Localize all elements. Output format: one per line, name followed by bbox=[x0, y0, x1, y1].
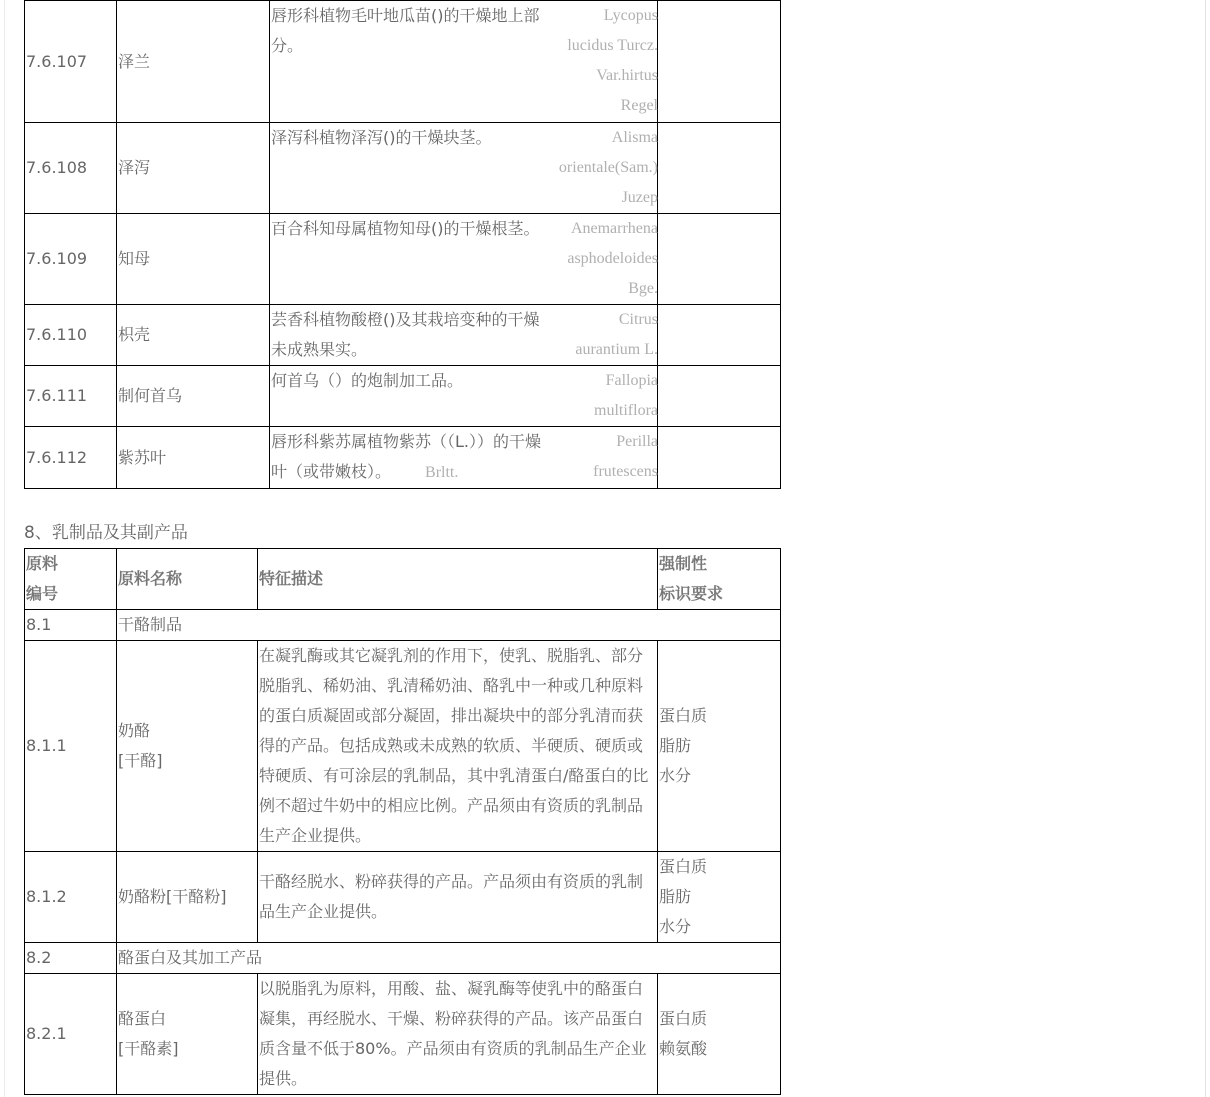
latin-name: Perillafrutescens bbox=[546, 427, 658, 487]
cell-code: 7.6.112 bbox=[25, 427, 117, 489]
cell-code: 7.6.108 bbox=[25, 123, 117, 214]
cell-group-name: 干酪制品 bbox=[117, 610, 781, 641]
cell-description: Fallopiamultiflora何首乌（）的炮制加工品。 bbox=[270, 366, 658, 427]
latin-author: Brltt. bbox=[425, 464, 458, 481]
table-row: 7.6.111制何首乌Fallopiamultiflora何首乌（）的炮制加工品… bbox=[25, 366, 781, 427]
cell-marking: 蛋白质脂肪水分 bbox=[658, 852, 781, 943]
cell-description: Citrusaurantium L.芸香科植物酸橙()及其栽培变种的干燥未成熟果… bbox=[270, 305, 658, 366]
cell-code: 7.6.109 bbox=[25, 214, 117, 305]
header-name: 原料名称 bbox=[117, 549, 258, 610]
cell-code: 8.2.1 bbox=[25, 974, 117, 1095]
cell-name: 紫苏叶 bbox=[117, 427, 270, 489]
latin-name: Citrusaurantium L. bbox=[546, 305, 658, 365]
table-header-row: 原料编号 原料名称 特征描述 强制性标识要求 bbox=[25, 549, 781, 610]
latin-name: Alismaorientale(Sam.)Juzep bbox=[546, 123, 658, 213]
table-row: 8.1.2奶酪粉[干酪粉]干酪经脱水、粉碎获得的产品。产品须由有资质的乳制品生产… bbox=[25, 852, 781, 943]
cell-description: AnemarrhenaasphodeloidesBge.百合科知母属植物知母()… bbox=[270, 214, 658, 305]
table-row: 7.6.107泽兰Lycopuslucidus Turcz.Var.hirtus… bbox=[25, 1, 781, 123]
cell-marking bbox=[658, 123, 781, 214]
latin-name: Fallopiamultiflora bbox=[546, 366, 658, 426]
table-row: 7.6.109知母AnemarrhenaasphodeloidesBge.百合科… bbox=[25, 214, 781, 305]
latin-name: AnemarrhenaasphodeloidesBge. bbox=[546, 214, 658, 304]
cell-name: 枳壳 bbox=[117, 305, 270, 366]
cell-name: 知母 bbox=[117, 214, 270, 305]
cell-code: 8.2 bbox=[25, 943, 117, 974]
cell-name: 泽兰 bbox=[117, 1, 270, 123]
cell-marking bbox=[658, 427, 781, 489]
cell-marking bbox=[658, 366, 781, 427]
table-row: 7.6.110枳壳Citrusaurantium L.芸香科植物酸橙()及其栽培… bbox=[25, 305, 781, 366]
cell-marking: 蛋白质脂肪水分 bbox=[658, 641, 781, 852]
cell-group-name: 酪蛋白及其加工产品 bbox=[117, 943, 781, 974]
cell-code: 8.1.1 bbox=[25, 641, 117, 852]
cell-name: 奶酪粉[干酪粉] bbox=[117, 852, 258, 943]
header-code: 原料编号 bbox=[25, 549, 117, 610]
cell-description: 在凝乳酶或其它凝乳剂的作用下，使乳、脱脂乳、部分脱脂乳、稀奶油、乳清稀奶油、酪乳… bbox=[258, 641, 658, 852]
cell-description: 以脱脂乳为原料，用酸、盐、凝乳酶等使乳中的酪蛋白凝集，再经脱水、干燥、粉碎获得的… bbox=[258, 974, 658, 1095]
cell-marking bbox=[658, 214, 781, 305]
group-row: 8.2酪蛋白及其加工产品 bbox=[25, 943, 781, 974]
section-8-title: 8、乳制品及其副产品 bbox=[24, 518, 188, 548]
cell-code: 7.6.110 bbox=[25, 305, 117, 366]
cell-description: 干酪经脱水、粉碎获得的产品。产品须由有资质的乳制品生产企业提供。 bbox=[258, 852, 658, 943]
table-8-dairy: 原料编号 原料名称 特征描述 强制性标识要求 8.1干酪制品8.1.1奶酪[干酪… bbox=[24, 548, 781, 1095]
cell-description: Perillafrutescens唇形科紫苏属植物紫苏（（L.））的干燥叶（或带… bbox=[270, 427, 658, 489]
cell-code: 7.6.111 bbox=[25, 366, 117, 427]
page-left-border bbox=[4, 0, 5, 1097]
table-row: 8.2.1酪蛋白[干酪素]以脱脂乳为原料，用酸、盐、凝乳酶等使乳中的酪蛋白凝集，… bbox=[25, 974, 781, 1095]
cell-code: 8.1 bbox=[25, 610, 117, 641]
table-row: 7.6.112紫苏叶Perillafrutescens唇形科紫苏属植物紫苏（（L… bbox=[25, 427, 781, 489]
cell-marking bbox=[658, 1, 781, 123]
cell-name: 制何首乌 bbox=[117, 366, 270, 427]
cell-code: 8.1.2 bbox=[25, 852, 117, 943]
cell-marking: 蛋白质赖氨酸 bbox=[658, 974, 781, 1095]
cell-description: Lycopuslucidus Turcz.Var.hirtusRegel唇形科植… bbox=[270, 1, 658, 123]
cell-name: 泽泻 bbox=[117, 123, 270, 214]
table-7-6-herbs: 7.6.107泽兰Lycopuslucidus Turcz.Var.hirtus… bbox=[24, 0, 781, 489]
header-description: 特征描述 bbox=[258, 549, 658, 610]
cell-description: Alismaorientale(Sam.)Juzep泽泻科植物泽泻()的干燥块茎… bbox=[270, 123, 658, 214]
cell-name: 奶酪[干酪] bbox=[117, 641, 258, 852]
cell-name: 酪蛋白[干酪素] bbox=[117, 974, 258, 1095]
group-row: 8.1干酪制品 bbox=[25, 610, 781, 641]
latin-name: Lycopuslucidus Turcz.Var.hirtusRegel bbox=[546, 1, 658, 121]
cell-code: 7.6.107 bbox=[25, 1, 117, 123]
header-marking: 强制性标识要求 bbox=[658, 549, 781, 610]
table-row: 8.1.1奶酪[干酪]在凝乳酶或其它凝乳剂的作用下，使乳、脱脂乳、部分脱脂乳、稀… bbox=[25, 641, 781, 852]
table-row: 7.6.108泽泻Alismaorientale(Sam.)Juzep泽泻科植物… bbox=[25, 123, 781, 214]
cell-marking bbox=[658, 305, 781, 366]
page-right-border bbox=[1205, 0, 1206, 1097]
